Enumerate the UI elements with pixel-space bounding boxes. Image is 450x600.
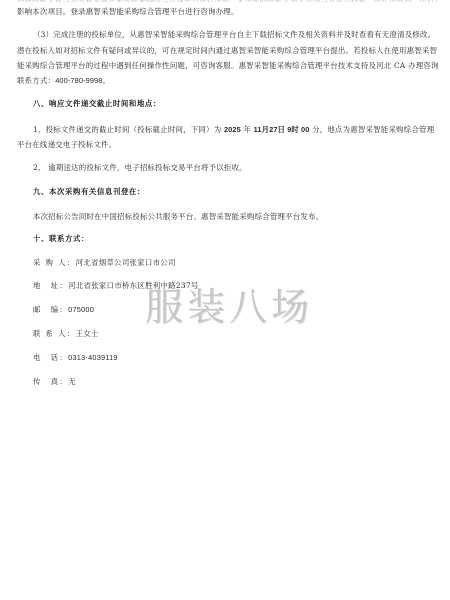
contact-label: 邮 编： <box>33 305 68 314</box>
contact-purchaser: 采 购 人：河北省烟草公司张家口市公司 <box>33 257 176 268</box>
contact-postcode: 邮 编：075000 <box>33 304 94 315</box>
section-9-body: 本次招标公告同时在中国招标投标公共服务平台、惠智采智能采购综合管理平台发布。 <box>33 211 323 222</box>
section-10-heading: 十、联系方式： <box>33 233 89 244</box>
section-8-item-1-line-2: 平台在线递交电子投标文件。 <box>17 139 116 150</box>
contact-label: 采 购 人： <box>33 258 76 267</box>
support-phone: 400-780-9998。 <box>55 76 110 85</box>
paragraph-7-3-line-2: 潜在投标人如对招标文件有疑问或异议的，可在规定时间内通过惠智采智能采购综合管理平… <box>17 45 437 56</box>
paragraph-7-3-line-3: 能采购综合管理平台的过程中遇到任何操作性问题，可咨询客服。惠智采智能采购综合管理… <box>17 60 439 71</box>
deadline-date: 11月27日 <box>254 125 285 134</box>
contact-person: 联 系 人：王女士 <box>33 328 99 339</box>
deadline-year: 2025 <box>224 125 241 134</box>
contact-value: 河北省烟草公司张家口市公司 <box>76 258 176 267</box>
contact-label: 联系方式： <box>17 76 55 85</box>
deadline-suffix: 分，地点为惠智采智能采购综合管理 <box>309 125 434 134</box>
contact-fax: 传 真：无 <box>33 376 76 387</box>
section-9-heading: 九、本次采购有关信息刊登在： <box>33 186 145 197</box>
contact-value: 075000 <box>68 305 94 314</box>
deadline-hour: 9时 <box>285 125 299 134</box>
contact-label: 传 真： <box>33 377 68 386</box>
document-page: 潜在投标人应当及时登录惠智采智能采购综合管理平台进行注册，未注册的投标人将无法参… <box>0 0 450 600</box>
paragraph-7-2-tail: 影响本次项目。登录惠智采智能采购综合管理平台进行咨询办理。 <box>17 6 239 17</box>
contact-label: 地 址： <box>33 281 68 290</box>
paragraph-7-3-line-4: 联系方式：400-780-9998。 <box>17 75 110 86</box>
contact-label: 联 系 人： <box>33 329 76 338</box>
section-8-item-2: 2、 逾期送达的投标文件，电子招标投标交易平台将予以拒收。 <box>33 162 247 173</box>
paragraph-7-3-line-1: （3）完成注册的投标单位，从惠智采智能采购综合管理平台自主下载招标文件及相关资料… <box>33 29 435 40</box>
contact-phone: 电 话：0313-4039119 <box>33 352 118 363</box>
deadline-prefix: 1、投标文件递交的截止时间（投标截止时间，下同）为 <box>33 125 224 134</box>
contact-value: 无 <box>68 377 76 386</box>
contact-label: 电 话： <box>33 353 68 362</box>
section-8-item-1: 1、投标文件递交的截止时间（投标截止时间，下同）为 2025 年 11月27日 … <box>33 124 434 135</box>
deadline-year-unit: 年 <box>241 125 254 134</box>
contact-value: 0313-4039119 <box>68 353 118 362</box>
deadline-minute: 00 <box>299 125 310 134</box>
section-8-heading: 八、响应文件递交截止时间和地点： <box>33 98 161 109</box>
cutoff-text-line: 潜在投标人应当及时登录惠智采智能采购综合管理平台进行注册，未注册的投标人将无法参… <box>17 0 437 2</box>
para-7-3-text: （3）完成注册的投标单位，从惠智采智能采购综合管理平台自主下载招标文件及相关资料… <box>33 30 435 39</box>
watermark-text: 服装八场 <box>145 276 313 331</box>
contact-value: 王女士 <box>76 329 99 338</box>
